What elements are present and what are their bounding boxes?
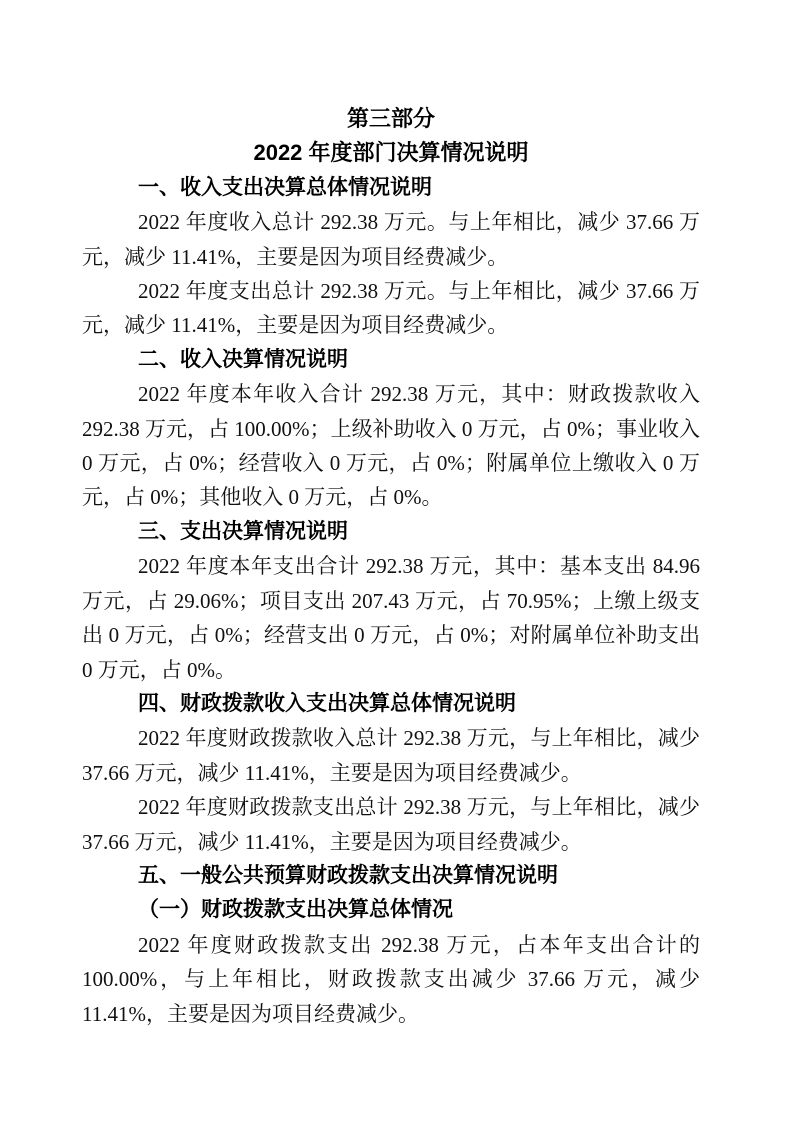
paragraph-fiscal-income: 2022 年度财政拨款收入总计 292.38 万元，与上年相比，减少 37.66… [82, 721, 700, 790]
paragraph-income-total: 2022 年度收入总计 292.38 万元。与上年相比，减少 37.66 万元，… [82, 205, 700, 274]
paragraph-expenditure-total: 2022 年度支出总计 292.38 万元。与上年相比，减少 37.66 万元，… [82, 274, 700, 343]
paragraph-fiscal-expenditure: 2022 年度财政拨款支出总计 292.38 万元，与上年相比，减少 37.66… [82, 790, 700, 859]
section-heading-5: 五、一般公共预算财政拨款支出决算情况说明 [82, 859, 700, 893]
subsection-heading-5-1: （一）财政拨款支出决算总体情况 [82, 893, 700, 927]
paragraph-expenditure-detail: 2022 年度本年支出合计 292.38 万元，其中：基本支出 84.96 万元… [82, 549, 700, 687]
paragraph-income-detail: 2022 年度本年收入合计 292.38 万元，其中：财政拨款收入 292.38… [82, 377, 700, 515]
section-heading-4: 四、财政拨款收入支出决算总体情况说明 [82, 687, 700, 721]
section-heading-2: 二、收入决算情况说明 [82, 343, 700, 377]
document-page: 第三部分 2022 年度部门决算情况说明 一、收入支出决算总体情况说明 2022… [0, 0, 793, 1122]
document-title: 2022 年度部门决算情况说明 [82, 136, 700, 170]
section-heading-1: 一、收入支出决算总体情况说明 [82, 171, 700, 205]
part-title: 第三部分 [82, 102, 700, 136]
section-heading-3: 三、支出决算情况说明 [82, 515, 700, 549]
paragraph-fiscal-expenditure-overview: 2022 年度财政拨款支出 292.38 万元，占本年支出合计的 100.00%… [82, 928, 700, 1031]
